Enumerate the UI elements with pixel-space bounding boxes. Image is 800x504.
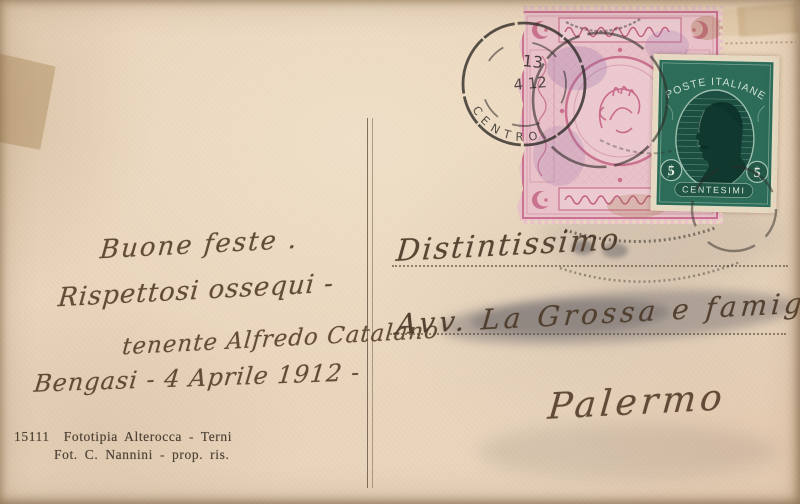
address-salutation: Distintissimo xyxy=(395,222,622,269)
stamp-denomination-word: CENTESIMI xyxy=(682,184,746,195)
divider-line xyxy=(367,118,373,488)
imprint-publisher: Fototipia Alterocca - Terni xyxy=(64,429,232,444)
imprint-line-1: 15111Fototipia Alterocca - Terni xyxy=(14,429,232,445)
italian-stamp: POSTE ITALIANE xyxy=(650,54,779,214)
imprint-credit: Fot. C. Nannini - prop. ris. xyxy=(54,447,229,462)
message-line-4: Bengasi - 4 Aprile 1912 - xyxy=(33,358,362,398)
message-line-3: tenente Alfredo Catalano xyxy=(121,318,440,361)
tape-stain-top-left xyxy=(0,53,57,151)
imprint-line-2: Fot. C. Nannini - prop. ris. xyxy=(54,447,229,463)
address-city: Palermo xyxy=(546,377,727,428)
message-line-2: Rispettosi ossequi - xyxy=(57,269,335,314)
faint-smudge xyxy=(478,424,778,480)
message-line-1: Buone feste . xyxy=(99,225,300,266)
italian-stamp-art: POSTE ITALIANE xyxy=(650,54,779,214)
postcard-back: Buone feste . Rispettosi ossequi - tenen… xyxy=(0,0,800,504)
imprint-number: 15111 xyxy=(14,429,50,444)
tape-stain-top-right xyxy=(737,3,799,37)
